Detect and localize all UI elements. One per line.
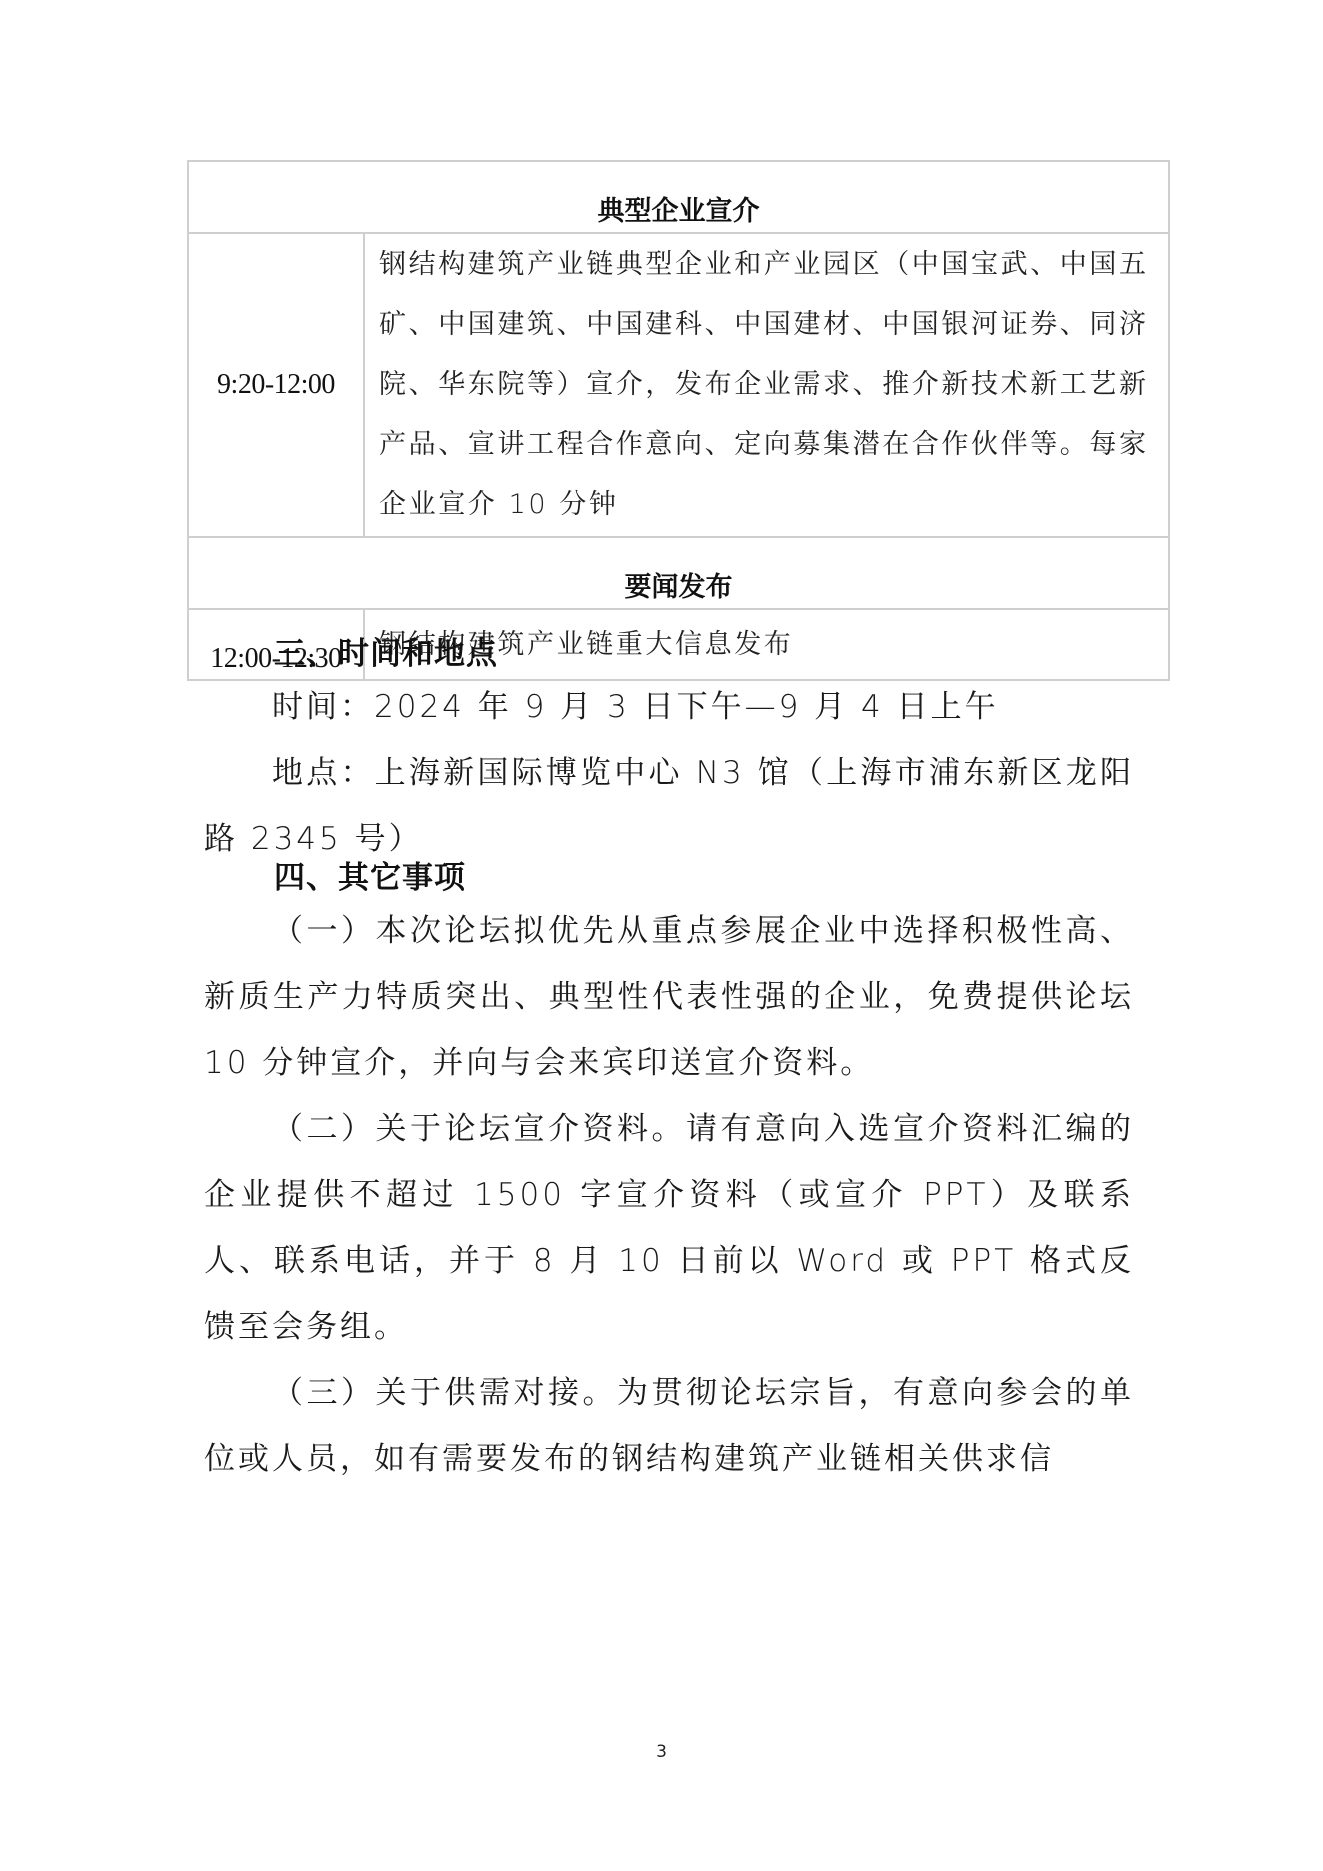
section-heading-time-location: 三、时间和地点 — [274, 628, 498, 673]
item-paragraph-1: （一）本次论坛拟优先从重点参展企业中选择积极性高、新质生产力特质突出、典型性代表… — [204, 898, 1134, 1096]
time-paragraph: 时间：2024 年 9 月 3 日下午—9 月 4 日上午 — [204, 674, 1134, 740]
description-cell: 钢结构建筑产业链典型企业和产业园区（中国宝武、中国五矿、中国建筑、中国建科、中国… — [364, 233, 1169, 537]
page-number: 3 — [0, 1742, 1323, 1762]
section-header-row: 典型企业宣介 — [188, 161, 1169, 233]
item-paragraph-3: （三）关于供需对接。为贯彻论坛宗旨，有意向参会的单位或人员，如有需要发布的钢结构… — [204, 1360, 1134, 1492]
section-title: 要闻发布 — [188, 537, 1169, 609]
item-paragraph-2: （二）关于论坛宣介资料。请有意向入选宣介资料汇编的企业提供不超过 1500 字宣… — [204, 1096, 1134, 1360]
section-heading-other-matters: 四、其它事项 — [274, 852, 466, 897]
time-cell: 9:20-12:00 — [188, 233, 364, 537]
section-title: 典型企业宣介 — [188, 161, 1169, 233]
table-row: 9:20-12:00 钢结构建筑产业链典型企业和产业园区（中国宝武、中国五矿、中… — [188, 233, 1169, 537]
schedule-table: 典型企业宣介 9:20-12:00 钢结构建筑产业链典型企业和产业园区（中国宝武… — [187, 160, 1170, 681]
section-header-row: 要闻发布 — [188, 537, 1169, 609]
